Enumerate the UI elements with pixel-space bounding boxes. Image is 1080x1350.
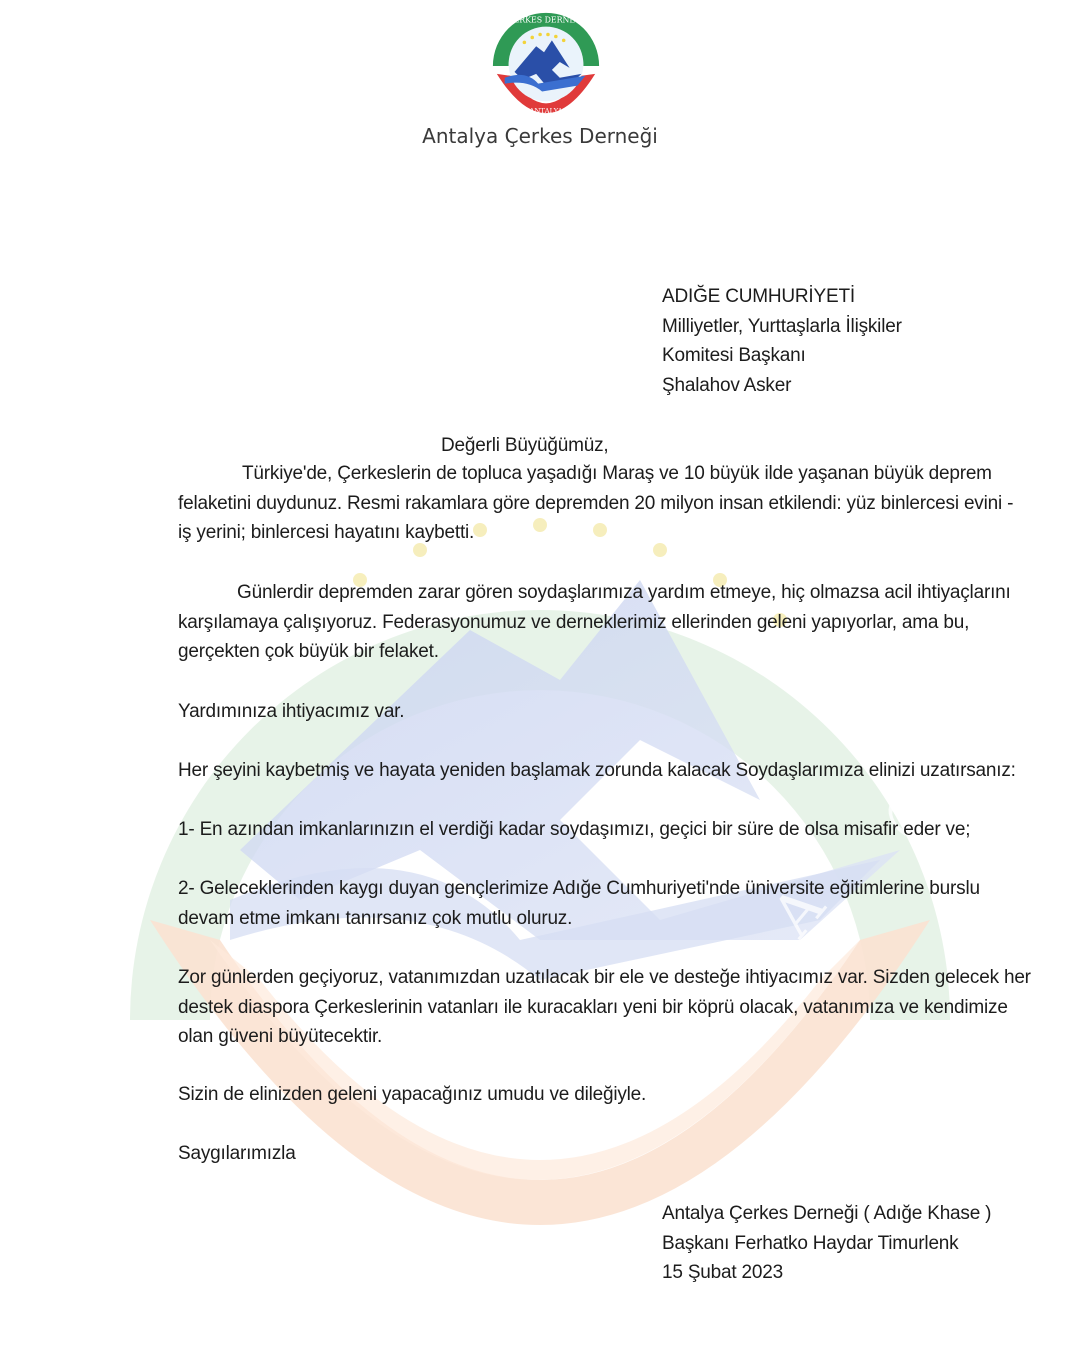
paragraph-line: destek diaspora Çerkeslerinin vatanları … xyxy=(178,993,1078,1023)
paragraph-line: Zor günlerden geçiyoruz, vatanımızdan uz… xyxy=(178,963,1078,993)
paragraph-line: felaketini duydunuz. Resmi rakamlara gör… xyxy=(178,489,1078,519)
paragraph-line: iş yerini; binlercesi hayatını kaybetti. xyxy=(178,518,1078,548)
recipient-line: ADIĞE CUMHURİYETİ xyxy=(662,282,902,312)
recipient-address-block: ADIĞE CUMHURİYETİ Milliyetler, Yurttaşla… xyxy=(662,282,902,400)
paragraph-line: devam etme imkanı tanırsanız çok mutlu o… xyxy=(178,904,1078,934)
paragraph-line: Türkiye'de, Çerkeslerin de topluca yaşad… xyxy=(178,459,1078,489)
letter-list-item: 2- Geleceklerinden kaygı duyan gençlerim… xyxy=(178,874,1078,933)
paragraph-line: olan güveni büyütecektir. xyxy=(178,1022,1078,1052)
paragraph-line: Yardımınıza ihtiyacımız var. xyxy=(178,697,1078,727)
signature-date: 15 Şubat 2023 xyxy=(662,1258,991,1288)
letter-closing: Saygılarımızla xyxy=(178,1139,1078,1169)
letter-list-item: 1- En azından imkanlarınızın el verdiği … xyxy=(178,815,1078,845)
letter-paragraph: Türkiye'de, Çerkeslerin de topluca yaşad… xyxy=(178,459,1078,548)
letter-paragraph: Her şeyini kaybetmiş ve hayata yeniden b… xyxy=(178,756,1078,786)
letter-greeting: Değerli Büyüğümüz, xyxy=(441,431,608,461)
signature-block: Antalya Çerkes Derneği ( Adığe Khase ) B… xyxy=(662,1199,991,1288)
recipient-line: Milliyetler, Yurttaşlarla İlişkiler xyxy=(662,312,902,342)
svg-text:ANTALYA: ANTALYA xyxy=(528,107,563,115)
letter-paragraph: Sizin de elinizden geleni yapacağınız um… xyxy=(178,1080,1078,1110)
paragraph-line: Saygılarımızla xyxy=(178,1139,1078,1169)
letter-paragraph: Zor günlerden geçiyoruz, vatanımızdan uz… xyxy=(178,963,1078,1052)
recipient-line: Komitesi Başkanı xyxy=(662,341,902,371)
letter-paragraph: Günlerdir depremden zarar gören soydaşla… xyxy=(178,578,1078,667)
letter-paragraph: Yardımınıza ihtiyacımız var. xyxy=(178,697,1078,727)
svg-text:ÇERKES DERNEĞİ: ÇERKES DERNEĞİ xyxy=(507,16,584,25)
signature-line: Antalya Çerkes Derneği ( Adığe Khase ) xyxy=(662,1199,991,1229)
signature-line: Başkanı Ferhatko Haydar Timurlenk xyxy=(662,1229,991,1259)
paragraph-line: 1- En azından imkanlarınızın el verdiği … xyxy=(178,815,1078,845)
paragraph-line: karşılamaya çalışıyoruz. Federasyonumuz … xyxy=(178,608,1078,638)
paragraph-line: Her şeyini kaybetmiş ve hayata yeniden b… xyxy=(178,756,1078,786)
paragraph-line: gerçekten çok büyük bir felaket. xyxy=(178,637,1078,667)
paragraph-line: 2- Geleceklerinden kaygı duyan gençlerim… xyxy=(178,874,1078,904)
recipient-line: Şhalahov Asker xyxy=(662,371,902,401)
paragraph-line: Sizin de elinizden geleni yapacağınız um… xyxy=(178,1080,1078,1110)
organization-name: Antalya Çerkes Derneği xyxy=(0,124,1080,148)
paragraph-line: Günlerdir depremden zarar gören soydaşla… xyxy=(178,578,1078,608)
cerkes-dernegi-logo-icon: ÇERKES DERNEĞİ ANTALYA xyxy=(487,5,605,123)
